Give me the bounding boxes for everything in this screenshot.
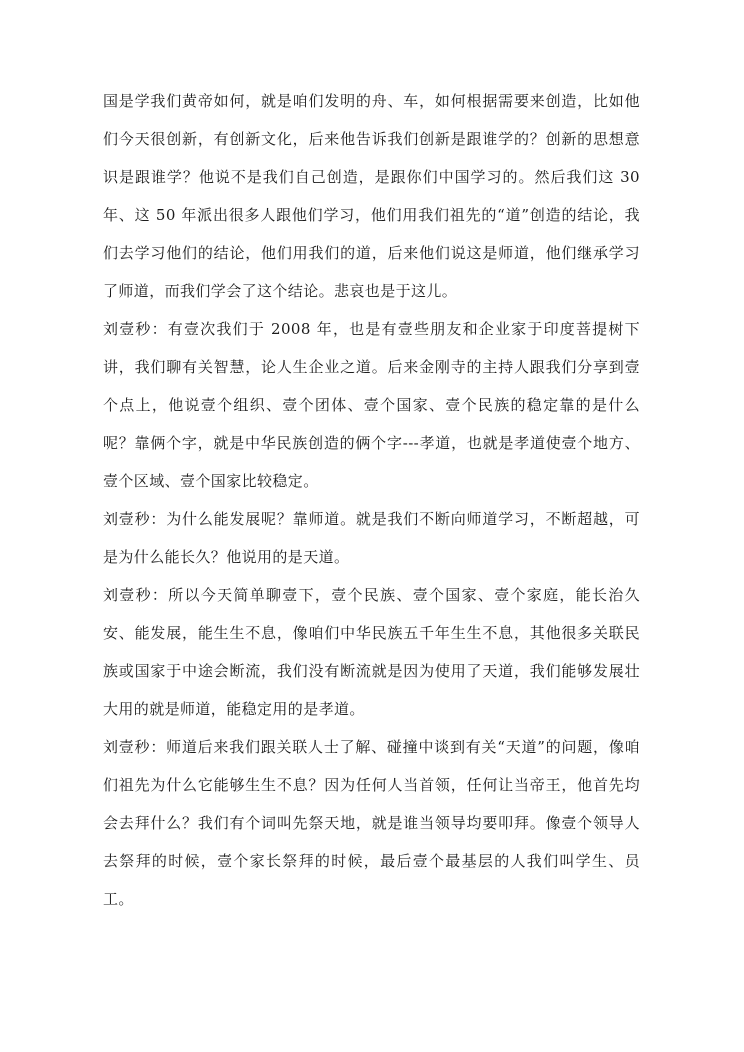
document-page: 国是学我们黄帝如何，就是咱们发明的舟、车，如何根据需要来创造，比如他们今天很创新… [0,0,744,1052]
paragraph-speaker-1: 刘壹秒：有壹次我们于 2008 年，也是有壹些朋友和企业家于印度菩提树下讲，我们… [103,310,640,500]
paragraph-speaker-2: 刘壹秒：为什么能发展呢？靠师道。就是我们不断向师道学习，不断超越，可是为什么能长… [103,500,640,576]
paragraph-speaker-4: 刘壹秒：师道后来我们跟关联人士了解、碰撞中谈到有关“天道”的问题，像咱们祖先为什… [103,728,640,918]
paragraph-speaker-3: 刘壹秒：所以今天简单聊壹下，壹个民族、壹个国家、壹个家庭，能长治久安、能发展，能… [103,576,640,728]
paragraph-continuation: 国是学我们黄帝如何，就是咱们发明的舟、车，如何根据需要来创造，比如他们今天很创新… [103,82,640,310]
